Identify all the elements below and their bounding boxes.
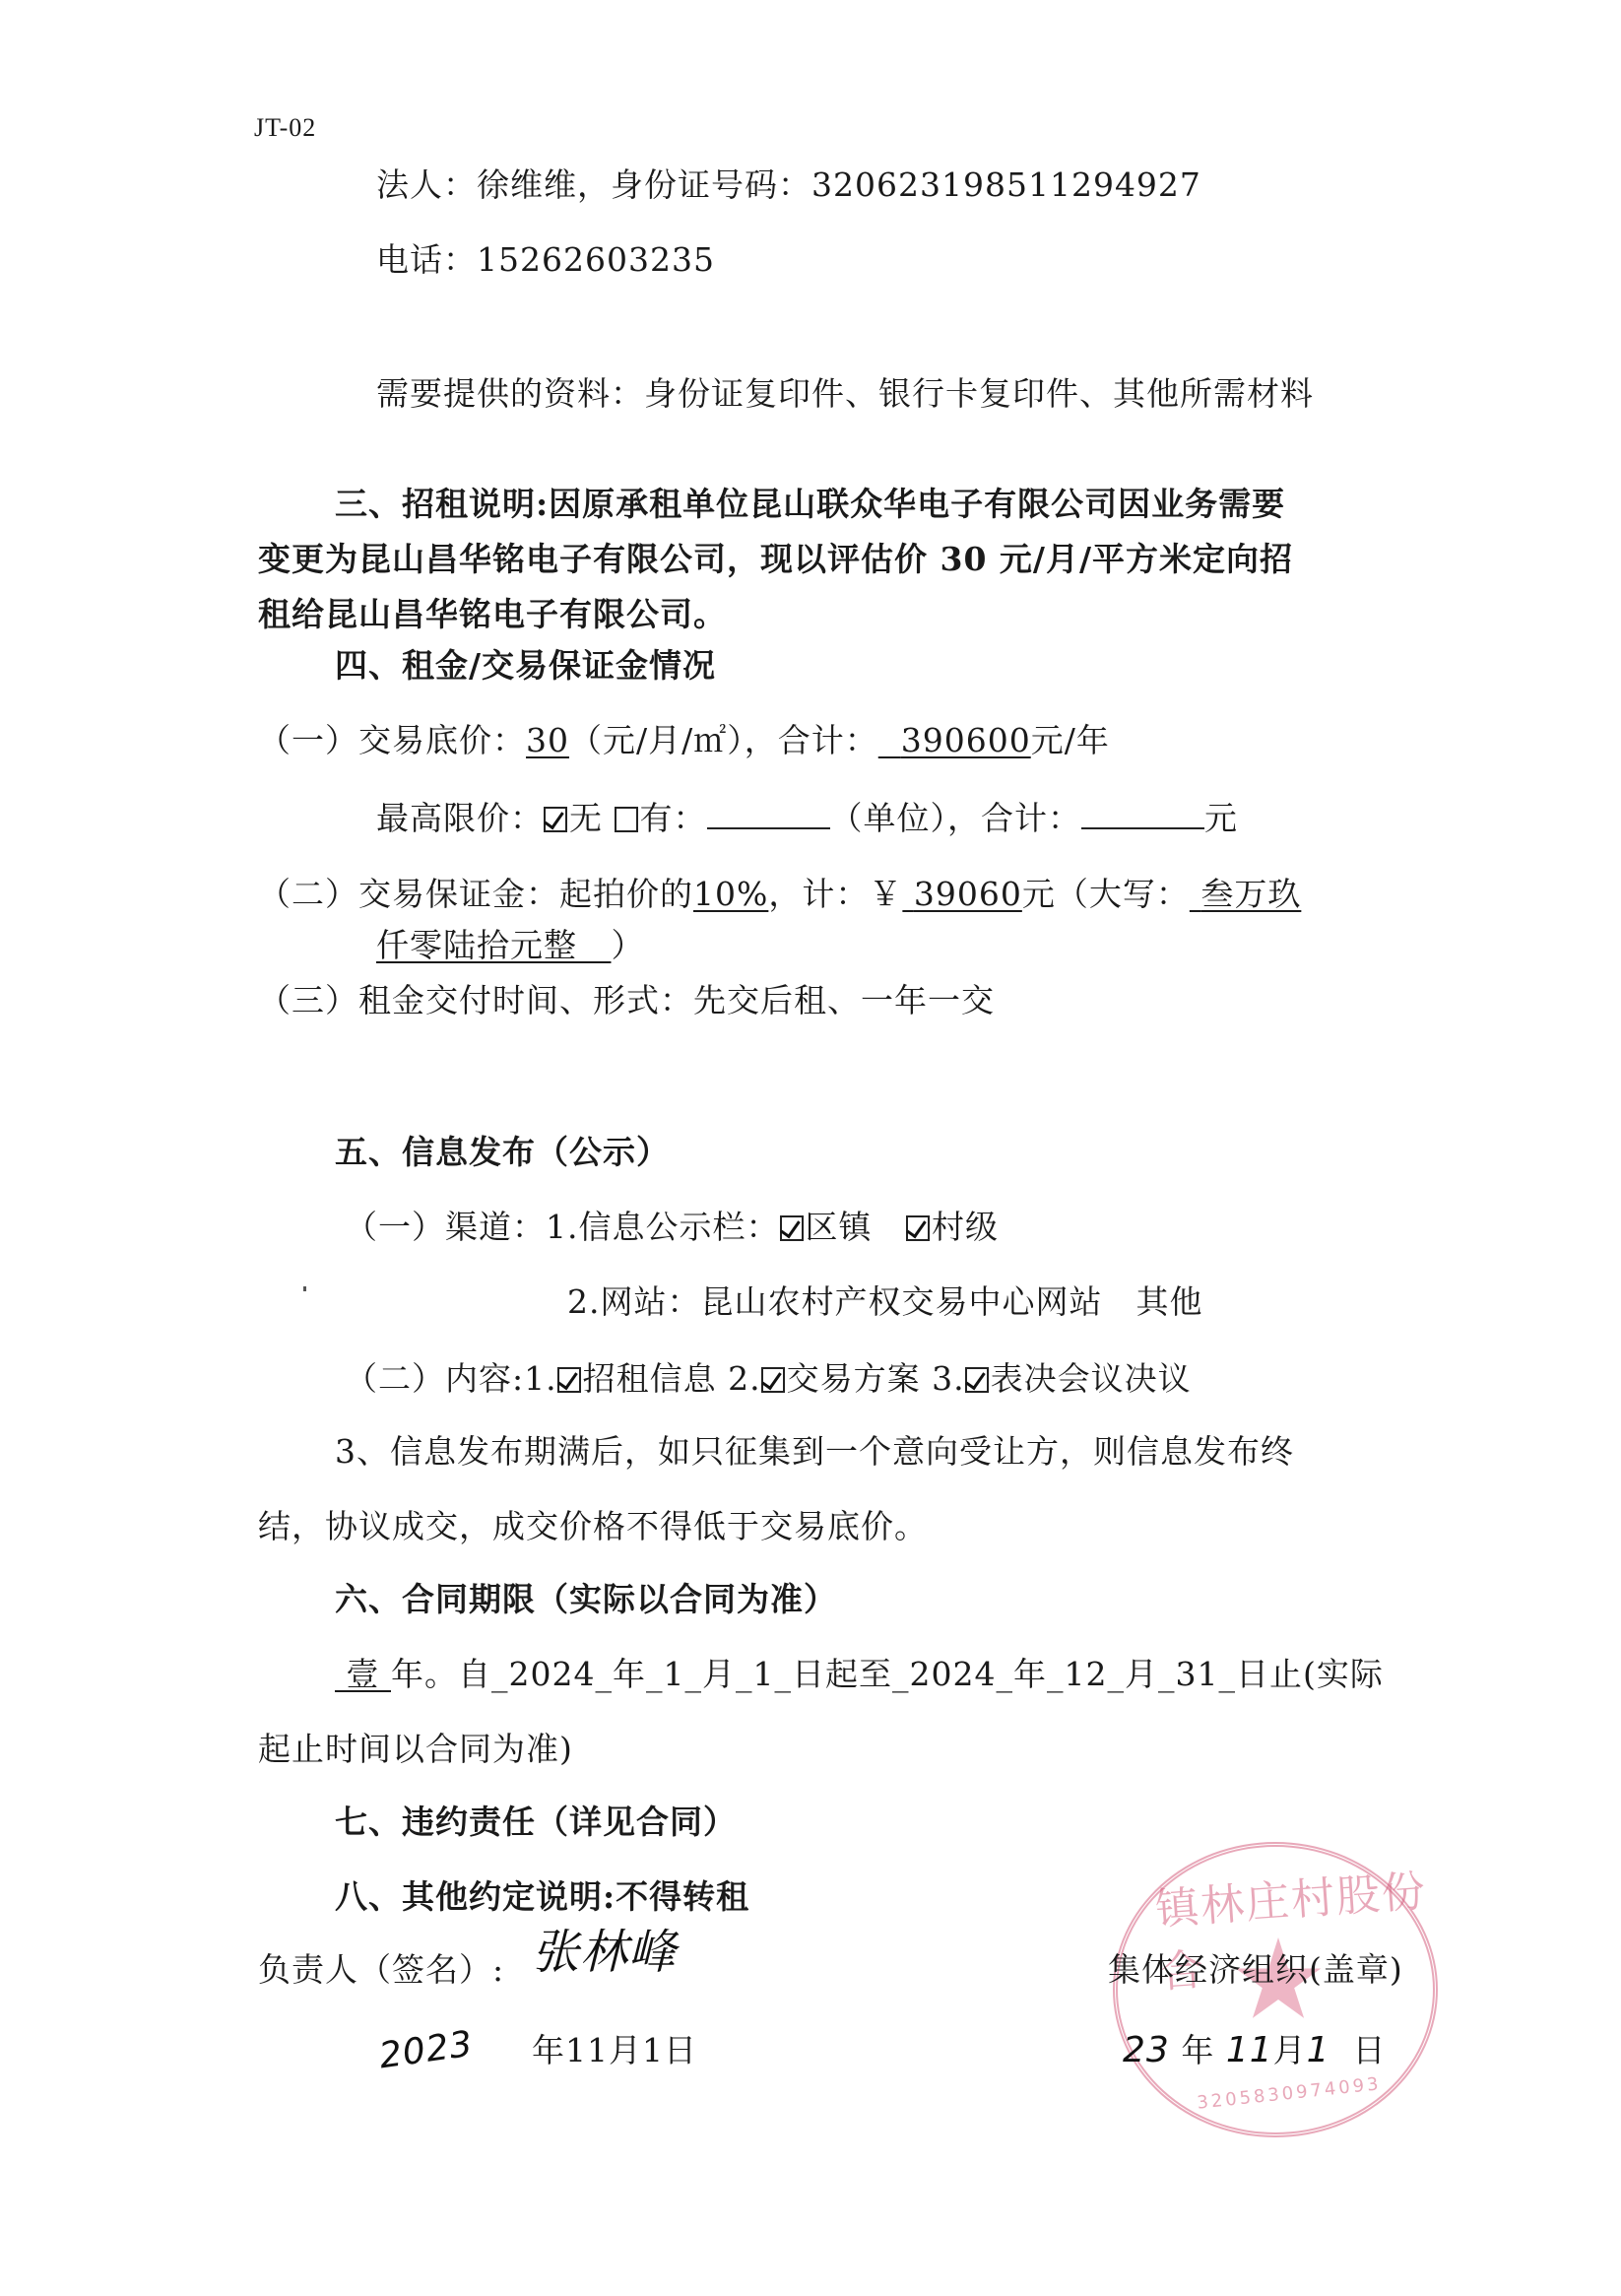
option-none-label: 无 [569,799,603,837]
checkbox-lease-info-checked-icon[interactable] [557,1367,581,1393]
max-price-unit-blank[interactable] [707,798,830,829]
base-price-total: 390600 [878,721,1031,759]
deposit-label: （二）交易保证金：起拍价的 [258,875,693,913]
base-price-total-value: 390600 [901,721,1031,759]
legal-person-line: 法人：徐维维，身份证号码：320623198511294927 [376,165,1201,205]
scan-speck [303,1286,306,1291]
channel-label: （一）渠道：1.信息公示栏： [345,1208,780,1246]
legal-person-label: 法人： [376,165,477,204]
channel-line: （一）渠道：1.信息公示栏：区镇 村级 [345,1208,999,1247]
section3-line3: 租给昆山昌华铭电子有限公司。 [258,595,727,634]
phone-value: 15262603235 [477,240,715,279]
org-date: 23 年 11月1 日 [1123,2031,1387,2070]
section3-line2: 变更为昆山昌华铭电子有限公司，现以评估价 30 元/月/平方米定向招 [258,540,1293,579]
content-num-3: 3. [932,1359,965,1398]
content-num-1: 1. [524,1359,557,1398]
org-seal-label: 集体经济组织(盖章) [1108,1950,1403,1990]
section3-line1: 三、招租说明:因原承租单位昆山联众华电子有限公司因业务需要 [335,485,1285,524]
phone-label: 电话： [376,240,477,279]
checkbox-none-checked-icon[interactable] [544,807,567,832]
term-dates: 年。自_2024_年_1_月_1_日起至_2024_年_12_月_31_日止(实… [391,1655,1384,1693]
base-price-line: （一）交易底价：30（元/月/㎡），合计： 390600元/年 [258,721,1110,760]
channel-district-label: 区镇 [806,1208,873,1246]
note-line1: 3、信息发布期满后，如只征集到一个意向受让方，则信息发布终 [335,1432,1294,1472]
checkbox-resolution-checked-icon[interactable] [965,1367,989,1393]
org-day-label: 日 [1353,2031,1387,2069]
handwritten-year-right: 23 [1123,2030,1170,2070]
website-line: 2.网站：昆山农村产权交易中心网站 其他 [567,1282,1203,1322]
max-price-label: 最高限价： [376,799,544,837]
deposit-line2: 仟零陆拾元整 ） [376,926,644,965]
content-line: （二）内容:1.招租信息 2.交易方案 3.表决会议决议 [345,1359,1192,1399]
channel-village-label: 村级 [932,1208,999,1246]
content-plan: 交易方案 [787,1359,921,1398]
content-resolution: 表决会议决议 [991,1359,1192,1398]
term-line2: 起止时间以合同为准) [258,1730,573,1769]
deposit-amount-value: 39060 [914,875,1022,913]
section5-title: 五、信息发布（公示） [335,1133,670,1172]
id-number: 320623198511294927 [811,165,1201,204]
responsible-label: 负责人（签名）: [258,1950,504,1990]
max-price-total-blank[interactable] [1081,798,1204,829]
section4-title: 四、租金/交易保证金情况 [335,646,716,686]
yuan-label: 元 [1204,799,1238,837]
handwritten-day-right: 1 [1307,2030,1330,2070]
deposit-calc-label: ，计：￥ [768,875,902,913]
term-years-value: 壹 [347,1655,380,1693]
id-label: ，身份证号码： [577,165,811,204]
org-year-label: 年 [1181,2031,1214,2069]
content-lease-info: 招租信息 [583,1359,717,1398]
deposit-amount: 39060 [902,875,1021,913]
deposit-percent: 10% [693,875,768,913]
date-left-rest: 年11月1日 [532,2031,697,2070]
deposit-close: ） [611,926,644,964]
phone-line: 电话：15262603235 [376,240,715,280]
checkbox-district-checked-icon[interactable] [780,1215,804,1241]
content-num-2: 2. [728,1359,761,1398]
document-page: JT-02 法人：徐维维，身份证号码：320623198511294927 电话… [0,0,1621,2296]
note-line2: 结，协议成交，成交价格不得低于交易底价。 [258,1507,928,1546]
handwritten-signature: 张林峰 [532,1933,677,1972]
official-seal: 镇林庄村股份合 3205830974093 [1113,1842,1438,2137]
seal-code: 3205830974093 [1196,2073,1382,2114]
payment-line: （三）租金交付时间、形式：先交后租、一年一交 [258,981,995,1020]
option-have-label: 有： [640,799,707,837]
deposit-capital-label: 元（大写： [1022,875,1190,913]
unit-total-label: （单位），合计： [830,799,1082,837]
deposit-capital-part1: 叁万玖 [1190,875,1302,913]
section8-title: 八、其他约定说明:不得转租 [335,1877,749,1917]
deposit-line1: （二）交易保证金：起拍价的10%，计：￥ 39060元（大写： 叁万玖 [258,875,1301,914]
term-years: 壹 [335,1655,391,1693]
checkbox-plan-checked-icon[interactable] [761,1367,785,1393]
org-month-label: 月 [1273,2031,1307,2069]
term-line1: 壹 年。自_2024_年_1_月_1_日起至_2024_年_12_月_31_日止… [335,1655,1384,1694]
deposit-capital-text1: 叁万玖 [1200,875,1301,913]
checkbox-village-checked-icon[interactable] [906,1215,930,1241]
doc-code: JT-02 [254,108,316,148]
section6-title: 六、合同期限（实际以合同为准） [335,1580,837,1619]
handwritten-year-left: 2023 [377,2025,476,2077]
base-price-label: （一）交易底价： [258,721,526,759]
deposit-capital-text2: 仟零陆拾元整 [376,926,577,964]
legal-person-name: 徐维维 [477,165,577,204]
content-label: （二）内容: [345,1359,524,1398]
deposit-capital-part2: 仟零陆拾元整 [376,926,611,964]
base-price-value: 30 [526,721,569,759]
checkbox-have-unchecked-icon[interactable] [615,807,638,832]
section7-title: 七、违约责任（详见合同） [335,1803,737,1842]
max-price-line: 最高限价：无 有：（单位），合计：元 [376,798,1238,838]
handwritten-month-right: 11 [1226,2030,1273,2070]
materials-line: 需要提供的资料：身份证复印件、银行卡复印件、其他所需材料 [376,374,1314,414]
base-price-unit: （元/月/㎡），合计： [569,721,878,759]
base-price-total-unit: 元/年 [1031,721,1110,759]
